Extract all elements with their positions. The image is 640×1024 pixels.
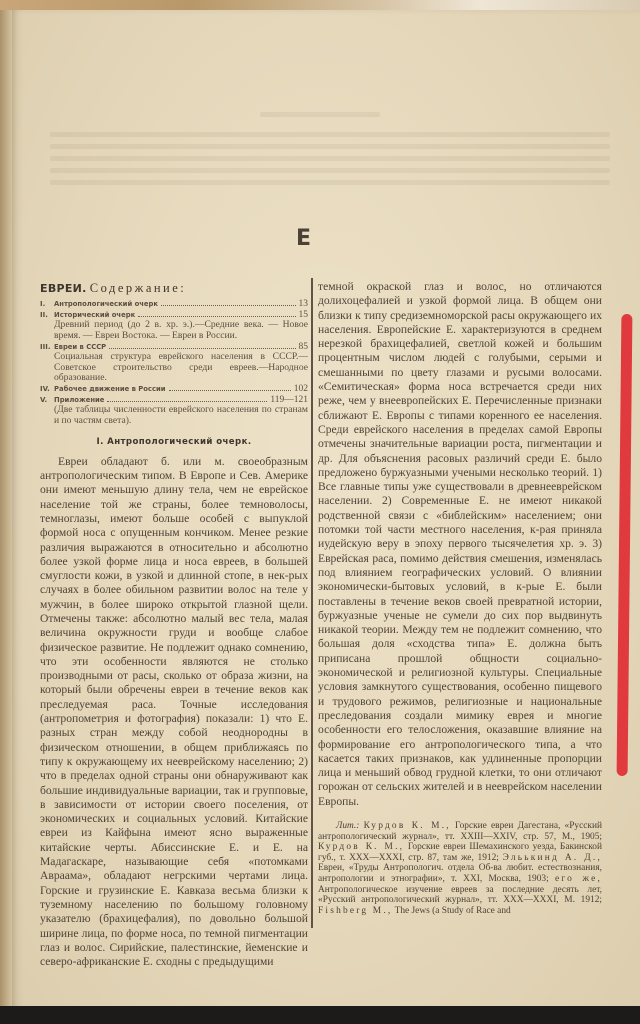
reference-author: его же, [555, 874, 602, 884]
body-paragraph: Евреи обладают б. или м. своеобразным ан… [40, 455, 308, 970]
chapter-heading: I. Антропологический очерк. [40, 435, 308, 449]
literature-references: Лит.: Курдов К. М., Горские евреи Дагест… [318, 821, 602, 916]
literature-label: Лит.: [336, 821, 359, 831]
toc-item: IV. Рабочее движение в России 102 [40, 384, 308, 395]
show-through-text [10, 52, 640, 192]
page-gutter [0, 10, 12, 1010]
left-column: ЕВРЕИ. Содержание: I. Антропологический … [40, 281, 308, 969]
right-column: темной окраской глаз и волос, но отличаю… [318, 280, 602, 916]
column-divider [311, 278, 313, 928]
contents-title: ЕВРЕИ. Содержание: [40, 281, 308, 296]
toc-subitems: Социальная структура еврейского населени… [40, 352, 308, 384]
table-of-contents: I. Антропологический очерк 13 II. Истори… [40, 299, 308, 426]
toc-subitems: (Две таблицы численности еврейского насе… [40, 405, 308, 426]
reference-author: Fishberg M., [318, 906, 392, 916]
reference-text: Горские евреи Дагестана, «Русский антроп… [318, 821, 602, 842]
section-letter: Е [296, 226, 311, 251]
reference-text: Антропологическое изучение евреев за пос… [318, 885, 602, 906]
toc-item: I. Антропологический очерк 13 [40, 299, 308, 310]
entry-headword: ЕВРЕИ. [40, 282, 87, 295]
reference-author: Эльькинд А. Д., [503, 853, 602, 863]
reference-text: The Jews (a Study of Race and [395, 906, 511, 916]
reference-author: Курдов К. М., [364, 821, 451, 831]
contents-label: Содержание: [90, 281, 186, 295]
body-paragraph-continued: темной окраской глаз и волос, но отличаю… [318, 280, 602, 809]
toc-subitems: Древний период (до 2 в. хр. э.).—Средние… [40, 320, 308, 341]
reference-author: Курдов К. М., [318, 842, 404, 852]
background-surface [0, 1006, 640, 1024]
